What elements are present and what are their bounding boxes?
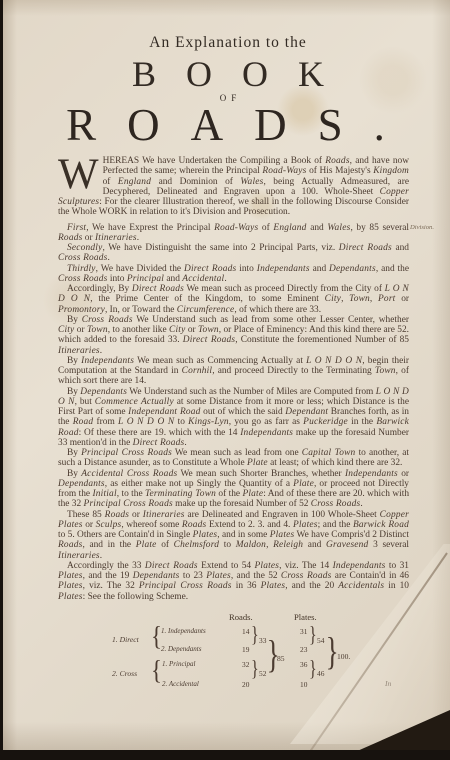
roads-accidental-count: 20 (242, 680, 249, 689)
title-book: BOOK (33, 55, 423, 93)
plates-direct-sum: 54 (317, 636, 324, 645)
paragraph-whereas: WHEREAS We have Undertaken the Compiling… (58, 156, 409, 218)
title-block: An Explanation to the BOOK OF ROADS. (33, 34, 423, 147)
scheme-header-roads: Roads. (229, 612, 253, 622)
roads-total: 85 (277, 654, 285, 663)
paragraph-plates: These 85 Roads or Itineraries are Deline… (58, 510, 409, 561)
paragraph-thirdly: Thirdly, We have Divided the Direct Road… (58, 264, 409, 285)
photo-left-edge (0, 0, 3, 760)
paragraph-first: First, We have Exprest the Principal Roa… (58, 223, 409, 244)
roads-cross-sum: 52 (259, 669, 266, 678)
scheme-header-plates: Plates. (294, 612, 317, 622)
plates-dependants-count: 23 (300, 645, 307, 654)
roads-independants-count: 14 (242, 627, 249, 636)
brace-icon: } (309, 623, 317, 648)
scheme-item-dependants: 2. Dependants (161, 645, 201, 653)
paragraph-direct-roads: Accordingly, By Direct Roads We mean suc… (58, 284, 409, 315)
plates-independants-count: 31 (300, 627, 307, 636)
paragraph-independants: By Independants We mean such as Commenci… (58, 356, 409, 387)
scheme-item-accidental: 2. Accidental (162, 680, 199, 688)
paragraph-secondly: Secondly, We have Distinguisht the same … (58, 243, 409, 264)
plates-total: 100. (337, 652, 350, 661)
drop-cap: W (58, 156, 103, 191)
paragraph-accidental-cross: By Accidental Cross Roads We mean such S… (58, 469, 409, 510)
page: An Explanation to the BOOK OF ROADS. WHE… (3, 0, 450, 752)
brace-icon: { (151, 655, 162, 686)
paragraph-principal-cross: By Principal Cross Roads We mean such as… (58, 448, 409, 469)
scheme-item-principal: 1. Principal (162, 660, 195, 668)
brace-icon: } (251, 623, 259, 648)
photo-bottom-edge (0, 750, 450, 760)
paragraph-accordingly: Accordingly the 33 Direct Roads Extend t… (58, 561, 409, 602)
brace-icon: } (251, 657, 259, 682)
paragraph-cross-roads: By Cross Roads We Understand such as lea… (58, 315, 409, 356)
plates-cross-sum: 46 (317, 669, 324, 678)
body-text: WHEREAS We have Undertaken the Compiling… (58, 156, 409, 602)
paragraph-dependants: By Dependants We Understand such as the … (58, 387, 409, 449)
plates-accidental-count: 10 (300, 680, 307, 689)
roads-principal-count: 32 (242, 660, 249, 669)
title-line: An Explanation to the (33, 34, 423, 52)
scheme-group-cross: 2. Cross (112, 669, 137, 678)
scheme-group-direct: 1. Direct (112, 635, 139, 644)
margin-note-division: Division. (410, 224, 450, 231)
scheme-item-independants: 1. Independants (161, 627, 206, 635)
title-roads: ROADS. (33, 103, 423, 147)
book-photo: An Explanation to the BOOK OF ROADS. WHE… (0, 0, 450, 760)
brace-icon: } (309, 657, 317, 682)
roads-direct-sum: 33 (259, 636, 266, 645)
roads-dependants-count: 19 (242, 645, 249, 654)
plates-principal-count: 36 (300, 660, 307, 669)
paragraph-text: HEREAS We have Undertaken the Compiling … (58, 156, 409, 217)
